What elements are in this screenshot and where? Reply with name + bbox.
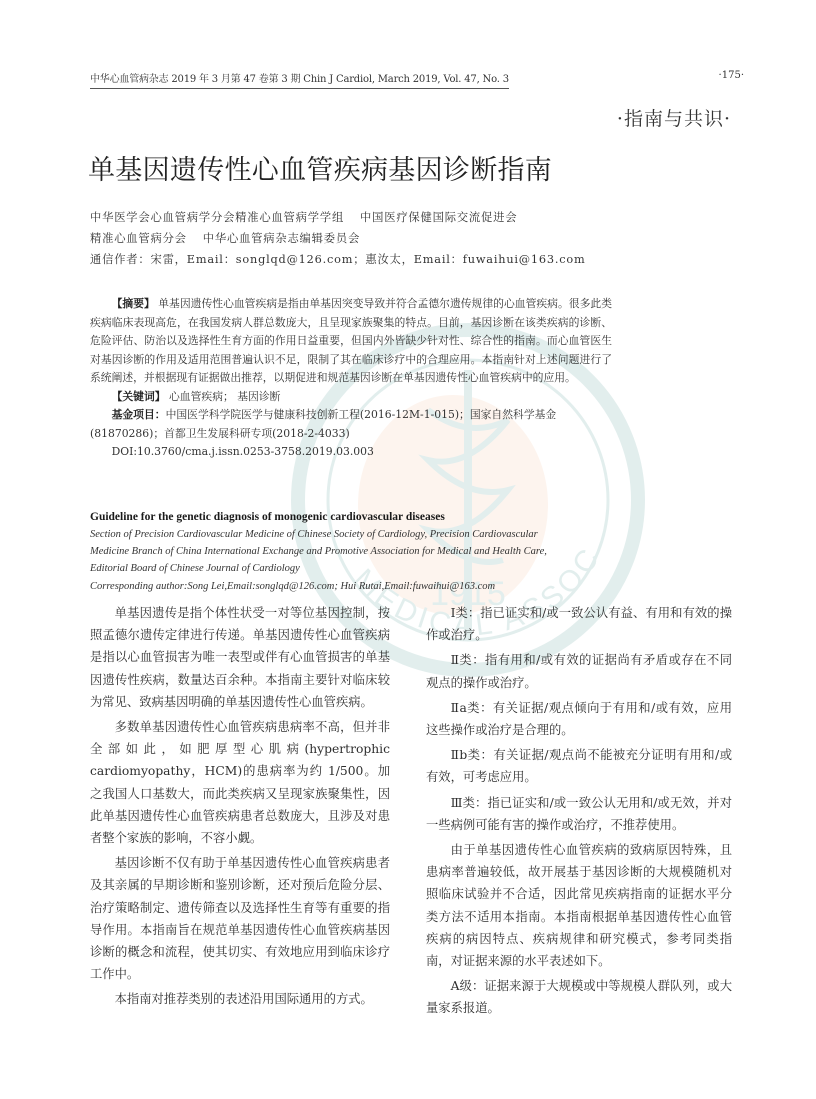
body-paragraph: 由于单基因遗传性心血管疾病的致病原因特殊，且患病率普遍较低，故开展基于基因诊断的… (426, 839, 732, 972)
english-corresponding-author: Corresponding author:Song Lei,Email:song… (90, 578, 612, 595)
fund-info: 基金项目：中国医学科学院医学与健康科技创新工程(2016-12M-1-015)；… (90, 406, 612, 425)
body-column-right: Ⅰ类：指已证实和/或一致公认有益、有用和有效的操作或治疗。 Ⅱ类：指有用和/或有… (426, 602, 732, 1023)
author-group: 中华医学会心血管病学分会精准心血管病学学组 (90, 211, 344, 224)
page-number: ·175· (719, 70, 744, 81)
english-title: Guideline for the genetic diagnosis of m… (90, 508, 612, 526)
evidence-level-A: A级：证据来源于大规模或中等规模人群队列，或大量家系报道。 (426, 975, 732, 1019)
abstract-block: 【摘要】 单基因遗传性心血管疾病是指由单基因突变导致并符合孟德尔遗传规律的心血管… (90, 295, 612, 462)
recommendation-class-IIb: Ⅱb类：有关证据/观点尚不能被充分证明有用和/或有效，可考虑应用。 (426, 744, 732, 788)
body-paragraph: 本指南对推荐类别的表述沿用国际通用的方式。 (90, 988, 390, 1010)
fund-text-1: 中国医学科学院医学与健康科技创新工程(2016-12M-1-015)；国家自然科… (166, 408, 557, 421)
fund-label: 基金项目： (112, 408, 166, 421)
english-affiliation: Medicine Branch of China International E… (90, 543, 612, 560)
keywords: 【关键词】 心血管疾病； 基因诊断 (90, 388, 612, 407)
recommendation-class-II: Ⅱ类：指有用和/或有效的证据尚有矛盾或存在不同观点的操作或治疗。 (426, 649, 732, 693)
running-head: 中华心血管病杂志 2019 年 3 月第 47 卷第 3 期 Chin J Ca… (90, 70, 744, 90)
journal-citation: 中华心血管病杂志 2019 年 3 月第 47 卷第 3 期 Chin J Ca… (90, 70, 509, 89)
english-abstract-header: Guideline for the genetic diagnosis of m… (90, 508, 612, 595)
corresponding-author: 通信作者：宋雷，Email：songlqd@126.com；惠汝太，Email：… (90, 249, 650, 270)
body-column-left: 单基因遗传是指个体性状受一对等位基因控制，按照孟德尔遗传定律进行传递。单基因遗传… (90, 602, 390, 1014)
author-line-2: 精准心血管病分会中华心血管病杂志编辑委员会 (90, 228, 650, 249)
recommendation-class-IIa: Ⅱa类：有关证据/观点倾向于有用和/或有效，应用这些操作或治疗是合理的。 (426, 697, 732, 741)
article-title: 单基因遗传性心血管疾病基因诊断指南 (88, 148, 552, 187)
author-line-1: 中华医学会心血管病学分会精准心血管病学学组中国医疗保健国际交流促进会 (90, 207, 650, 228)
english-affiliation: Editorial Board of Chinese Journal of Ca… (90, 560, 612, 577)
keywords-label: 【关键词】 (112, 390, 166, 403)
doi: DOI:10.3760/cma.j.issn.0253-3758.2019.03… (90, 443, 612, 462)
author-group: 中国医疗保健国际交流促进会 (360, 211, 517, 224)
english-affiliation: Section of Precision Cardiovascular Medi… (90, 526, 612, 543)
author-group: 精准心血管病分会 (90, 232, 187, 245)
recommendation-class-I: Ⅰ类：指已证实和/或一致公认有益、有用和有效的操作或治疗。 (426, 602, 732, 646)
section-tag: ·指南与共识· (617, 104, 731, 131)
fund-info-cont: (81870286)；首都卫生发展科研专项(2018-2-4033) (90, 425, 612, 444)
keywords-text: 心血管疾病； 基因诊断 (166, 390, 281, 403)
body-paragraph: 多数单基因遗传性心血管疾病患病率不高，但并非全部如此，如肥厚型心肌病(hyper… (90, 716, 390, 849)
recommendation-class-III: Ⅲ类：指已证实和/或一致公认无用和/或无效，并对一些病例可能有害的操作或治疗，不… (426, 792, 732, 836)
author-block: 中华医学会心血管病学分会精准心血管病学学组中国医疗保健国际交流促进会 精准心血管… (90, 207, 650, 270)
abstract-paragraph: 【摘要】 单基因遗传性心血管疾病是指由单基因突变导致并符合孟德尔遗传规律的心血管… (90, 295, 612, 388)
body-paragraph: 基因诊断不仅有助于单基因遗传性心血管疾病患者及其亲属的早期诊断和鉴别诊断，还对预… (90, 852, 390, 985)
abstract-text: 单基因遗传性心血管疾病是指由单基因突变导致并符合孟德尔遗传规律的心血管疾病。很多… (90, 297, 612, 384)
abstract-label: 【摘要】 (112, 297, 155, 310)
body-paragraph: 单基因遗传是指个体性状受一对等位基因控制，按照孟德尔遗传定律进行传递。单基因遗传… (90, 602, 390, 713)
author-group: 中华心血管病杂志编辑委员会 (203, 232, 360, 245)
